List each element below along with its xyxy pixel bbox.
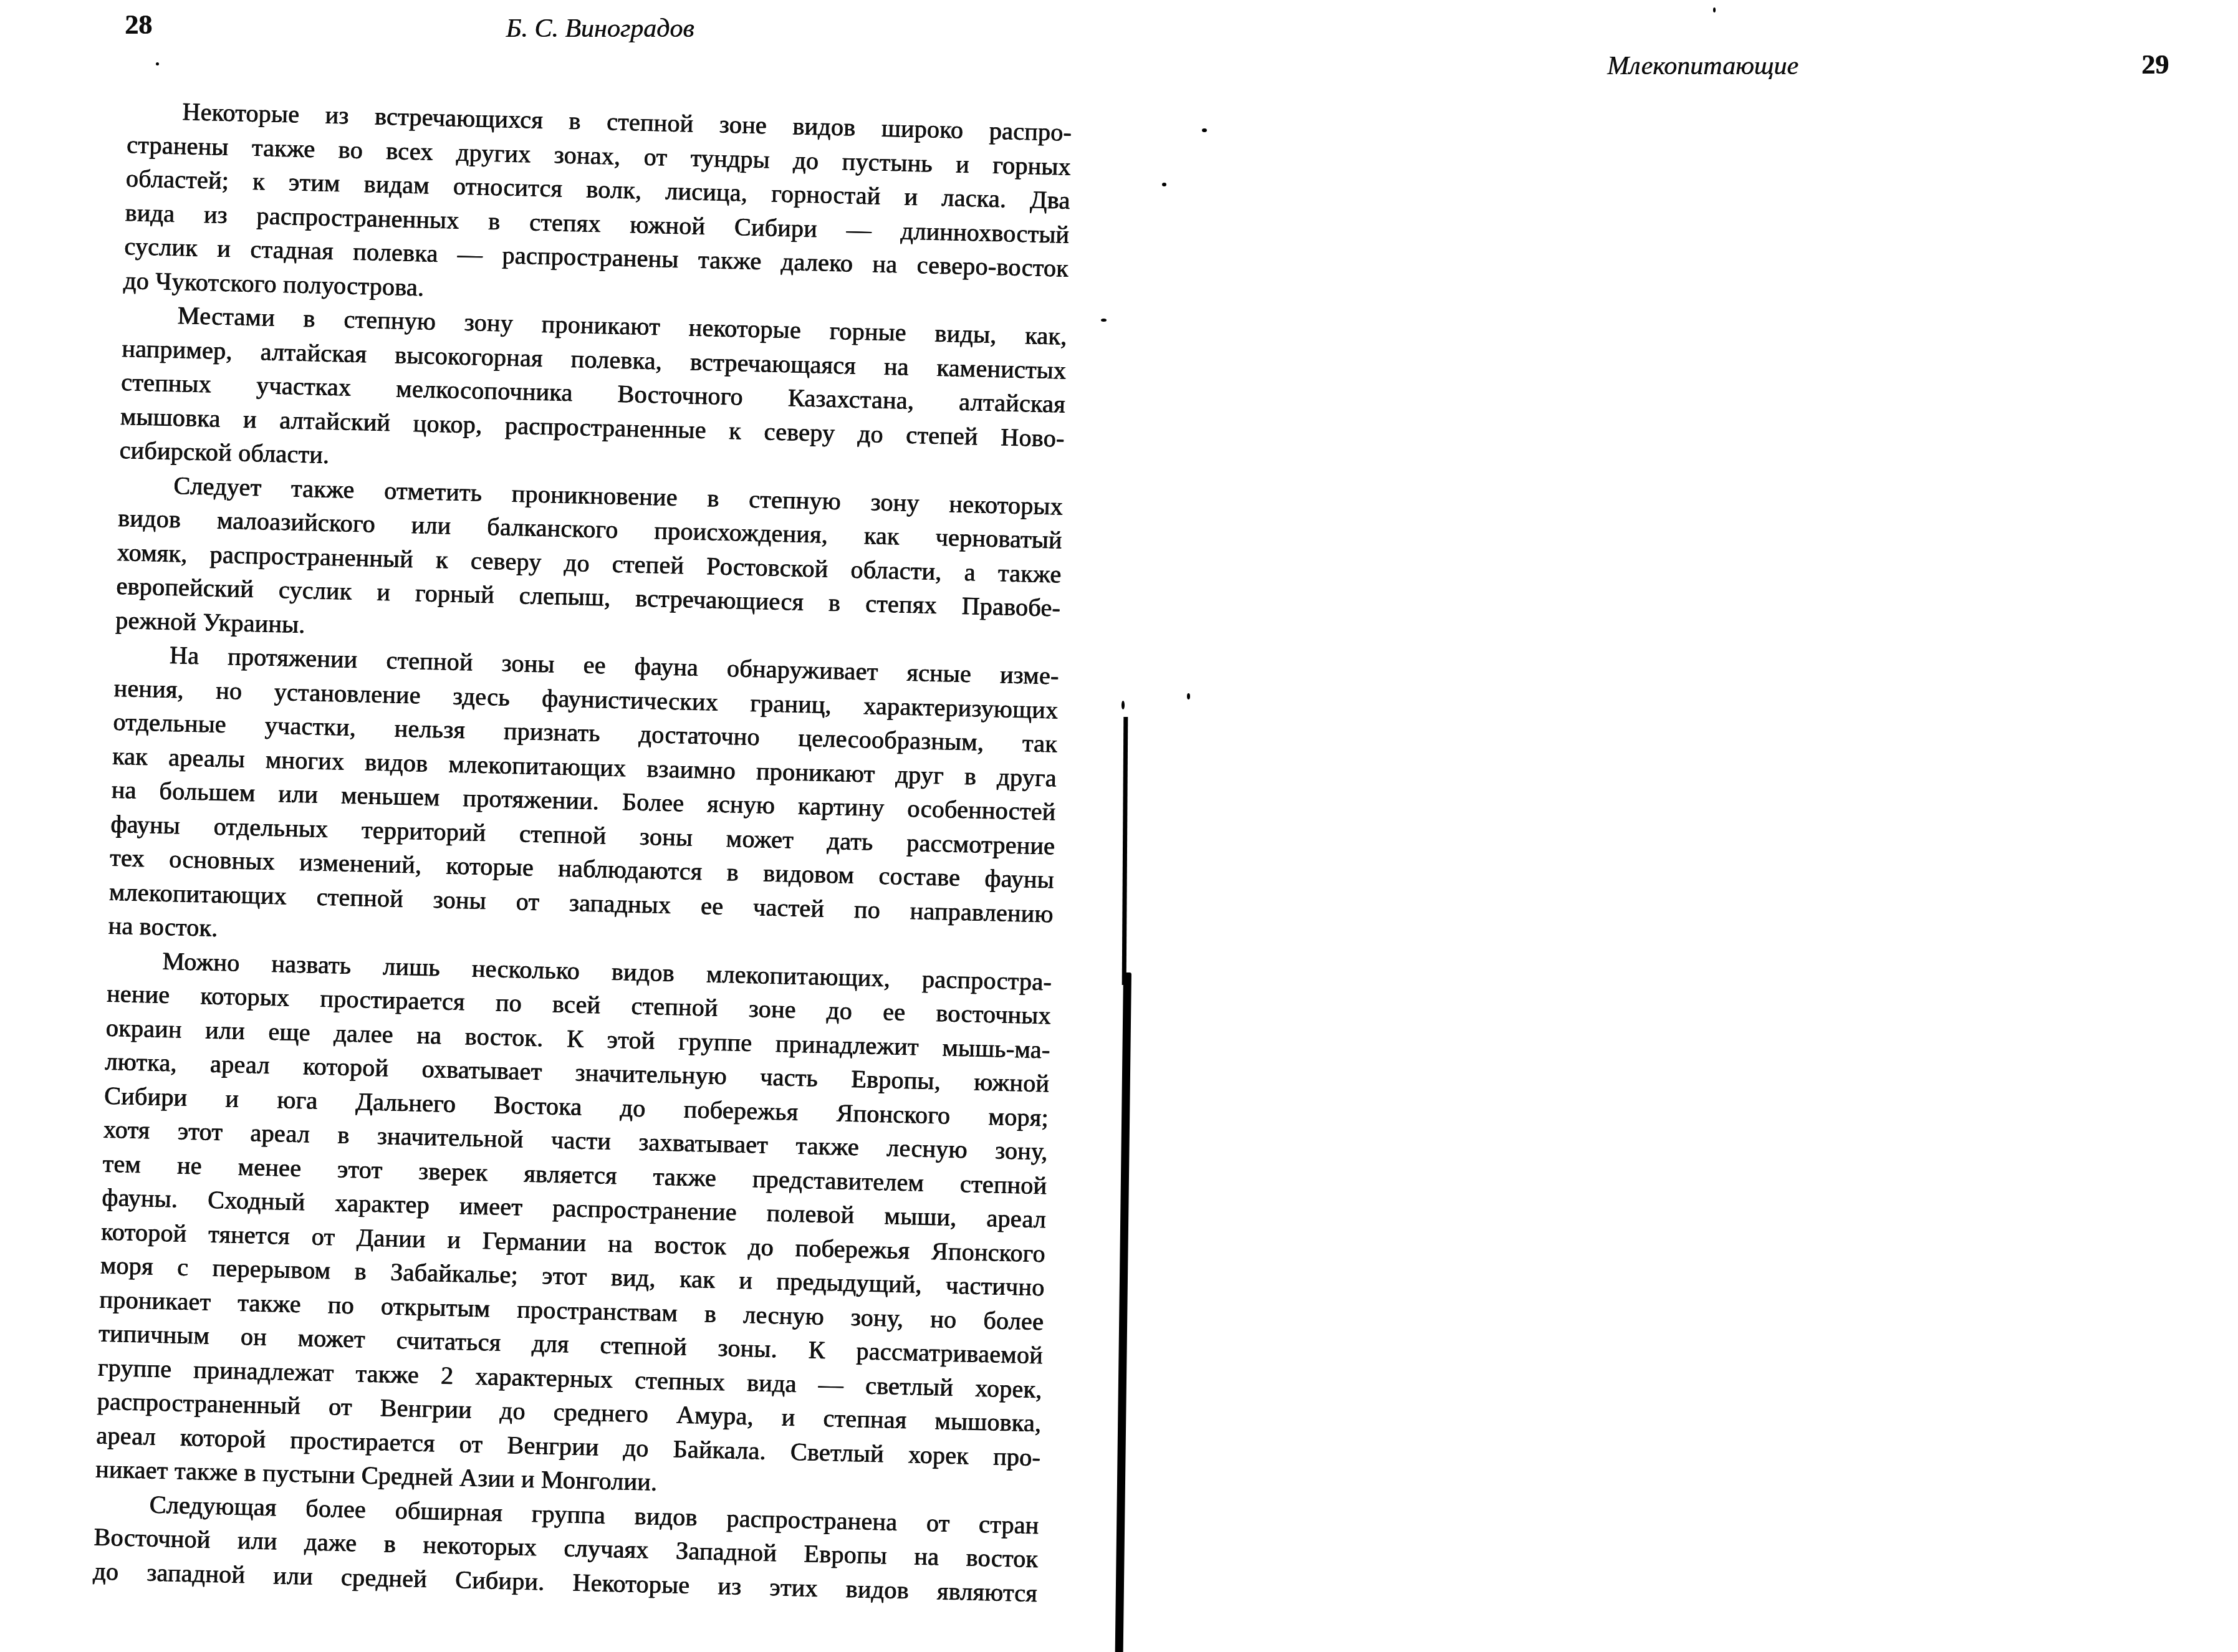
page-29: 29 Млекопитающие типичными обитателями с… <box>1119 0 2238 1652</box>
page-28: 28 Б. С. Виноградов Некоторые из встреча… <box>0 0 1119 1652</box>
text-block-page-28: Некоторые из встречающихся в степной зон… <box>93 94 1072 1610</box>
running-title-subject: Млекопитающие <box>1224 51 2182 81</box>
scan-speck <box>1713 7 1716 12</box>
scan-speck <box>1202 128 1207 132</box>
scanned-book-spread: { "document": { "type": "scanned-book-sp… <box>0 0 2238 1652</box>
scan-speck <box>1187 693 1190 699</box>
scan-speck <box>1162 183 1166 186</box>
scan-speck <box>1101 319 1107 322</box>
scan-speck <box>156 62 159 65</box>
running-title-author: Б. С. Виноградов <box>128 14 1072 44</box>
scan-speck <box>1121 701 1125 709</box>
